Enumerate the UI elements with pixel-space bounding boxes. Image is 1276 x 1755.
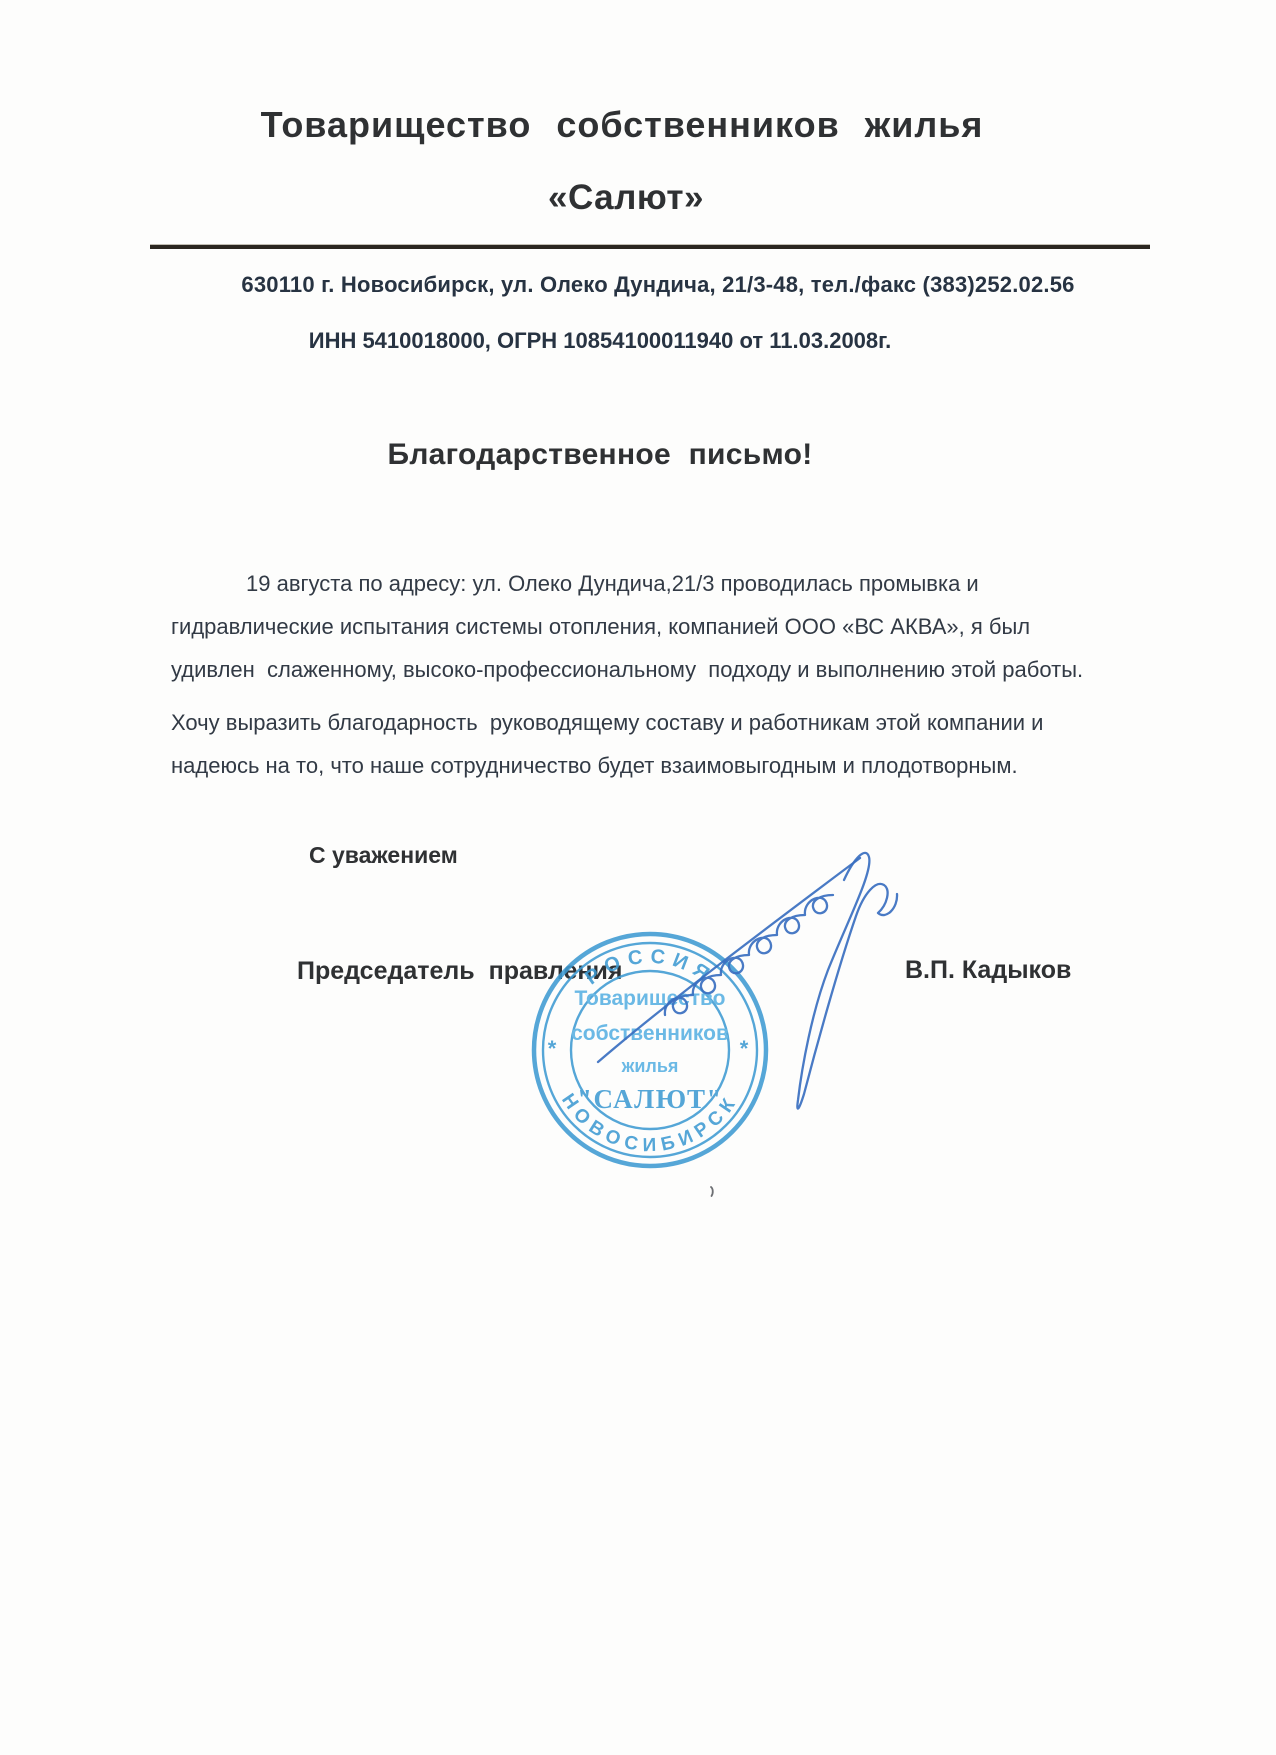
closing-salutation: С уважением (309, 842, 458, 869)
body-line: Хочу выразить благодарность руководящему… (171, 701, 1131, 744)
letterhead-org-name: «Салют» (0, 178, 1252, 218)
body-paragraph-1: 19 августа по адресу: ул. Олеко Дундича,… (171, 562, 1131, 691)
scanned-letter-page: Товарищество собственников жилья «Салют»… (0, 0, 1276, 1755)
letterhead-org-type: Товарищество собственников жилья (0, 104, 1244, 146)
body-line: удивлен слаженному, высоко-профессиональ… (171, 648, 1131, 691)
scan-speck (711, 1187, 713, 1196)
round-stamp-icon: РОССИЯ НОВОСИБИРСК * * Товарищество собс… (534, 934, 766, 1166)
body-line: гидравлические испытания системы отоплен… (171, 605, 1131, 648)
stamp-outer-ring (534, 934, 766, 1166)
body-paragraph-2: Хочу выразить благодарность руководящему… (171, 701, 1131, 787)
stamp-asterisk-left: * (548, 1036, 557, 1061)
letter-body: 19 августа по адресу: ул. Олеко Дундича,… (171, 562, 1131, 787)
stamp-center-line-4: "САЛЮТ" (577, 1084, 723, 1114)
letterhead-registration: ИНН 5410018000, ОГРН 10854100011940 от 1… (0, 328, 1200, 354)
stamp-and-signature-overlay: РОССИЯ НОВОСИБИРСК * * Товарищество собс… (440, 800, 1000, 1220)
signature-hairpin-and-tail (797, 853, 897, 1109)
letterhead-rule (150, 245, 1150, 249)
body-line: надеюсь на то, что наше сотрудничество б… (171, 744, 1131, 787)
stamp-center-line-3: жилья (621, 1056, 679, 1076)
stamp-asterisk-right: * (740, 1036, 749, 1061)
body-line: 19 августа по адресу: ул. Олеко Дундича,… (171, 562, 1131, 605)
letterhead-address: 630110 г. Новосибирск, ул. Олеко Дундича… (0, 272, 1276, 298)
letter-title: Благодарственное письмо! (0, 438, 1200, 472)
stamp-center-line-2: собственников (571, 1022, 729, 1045)
